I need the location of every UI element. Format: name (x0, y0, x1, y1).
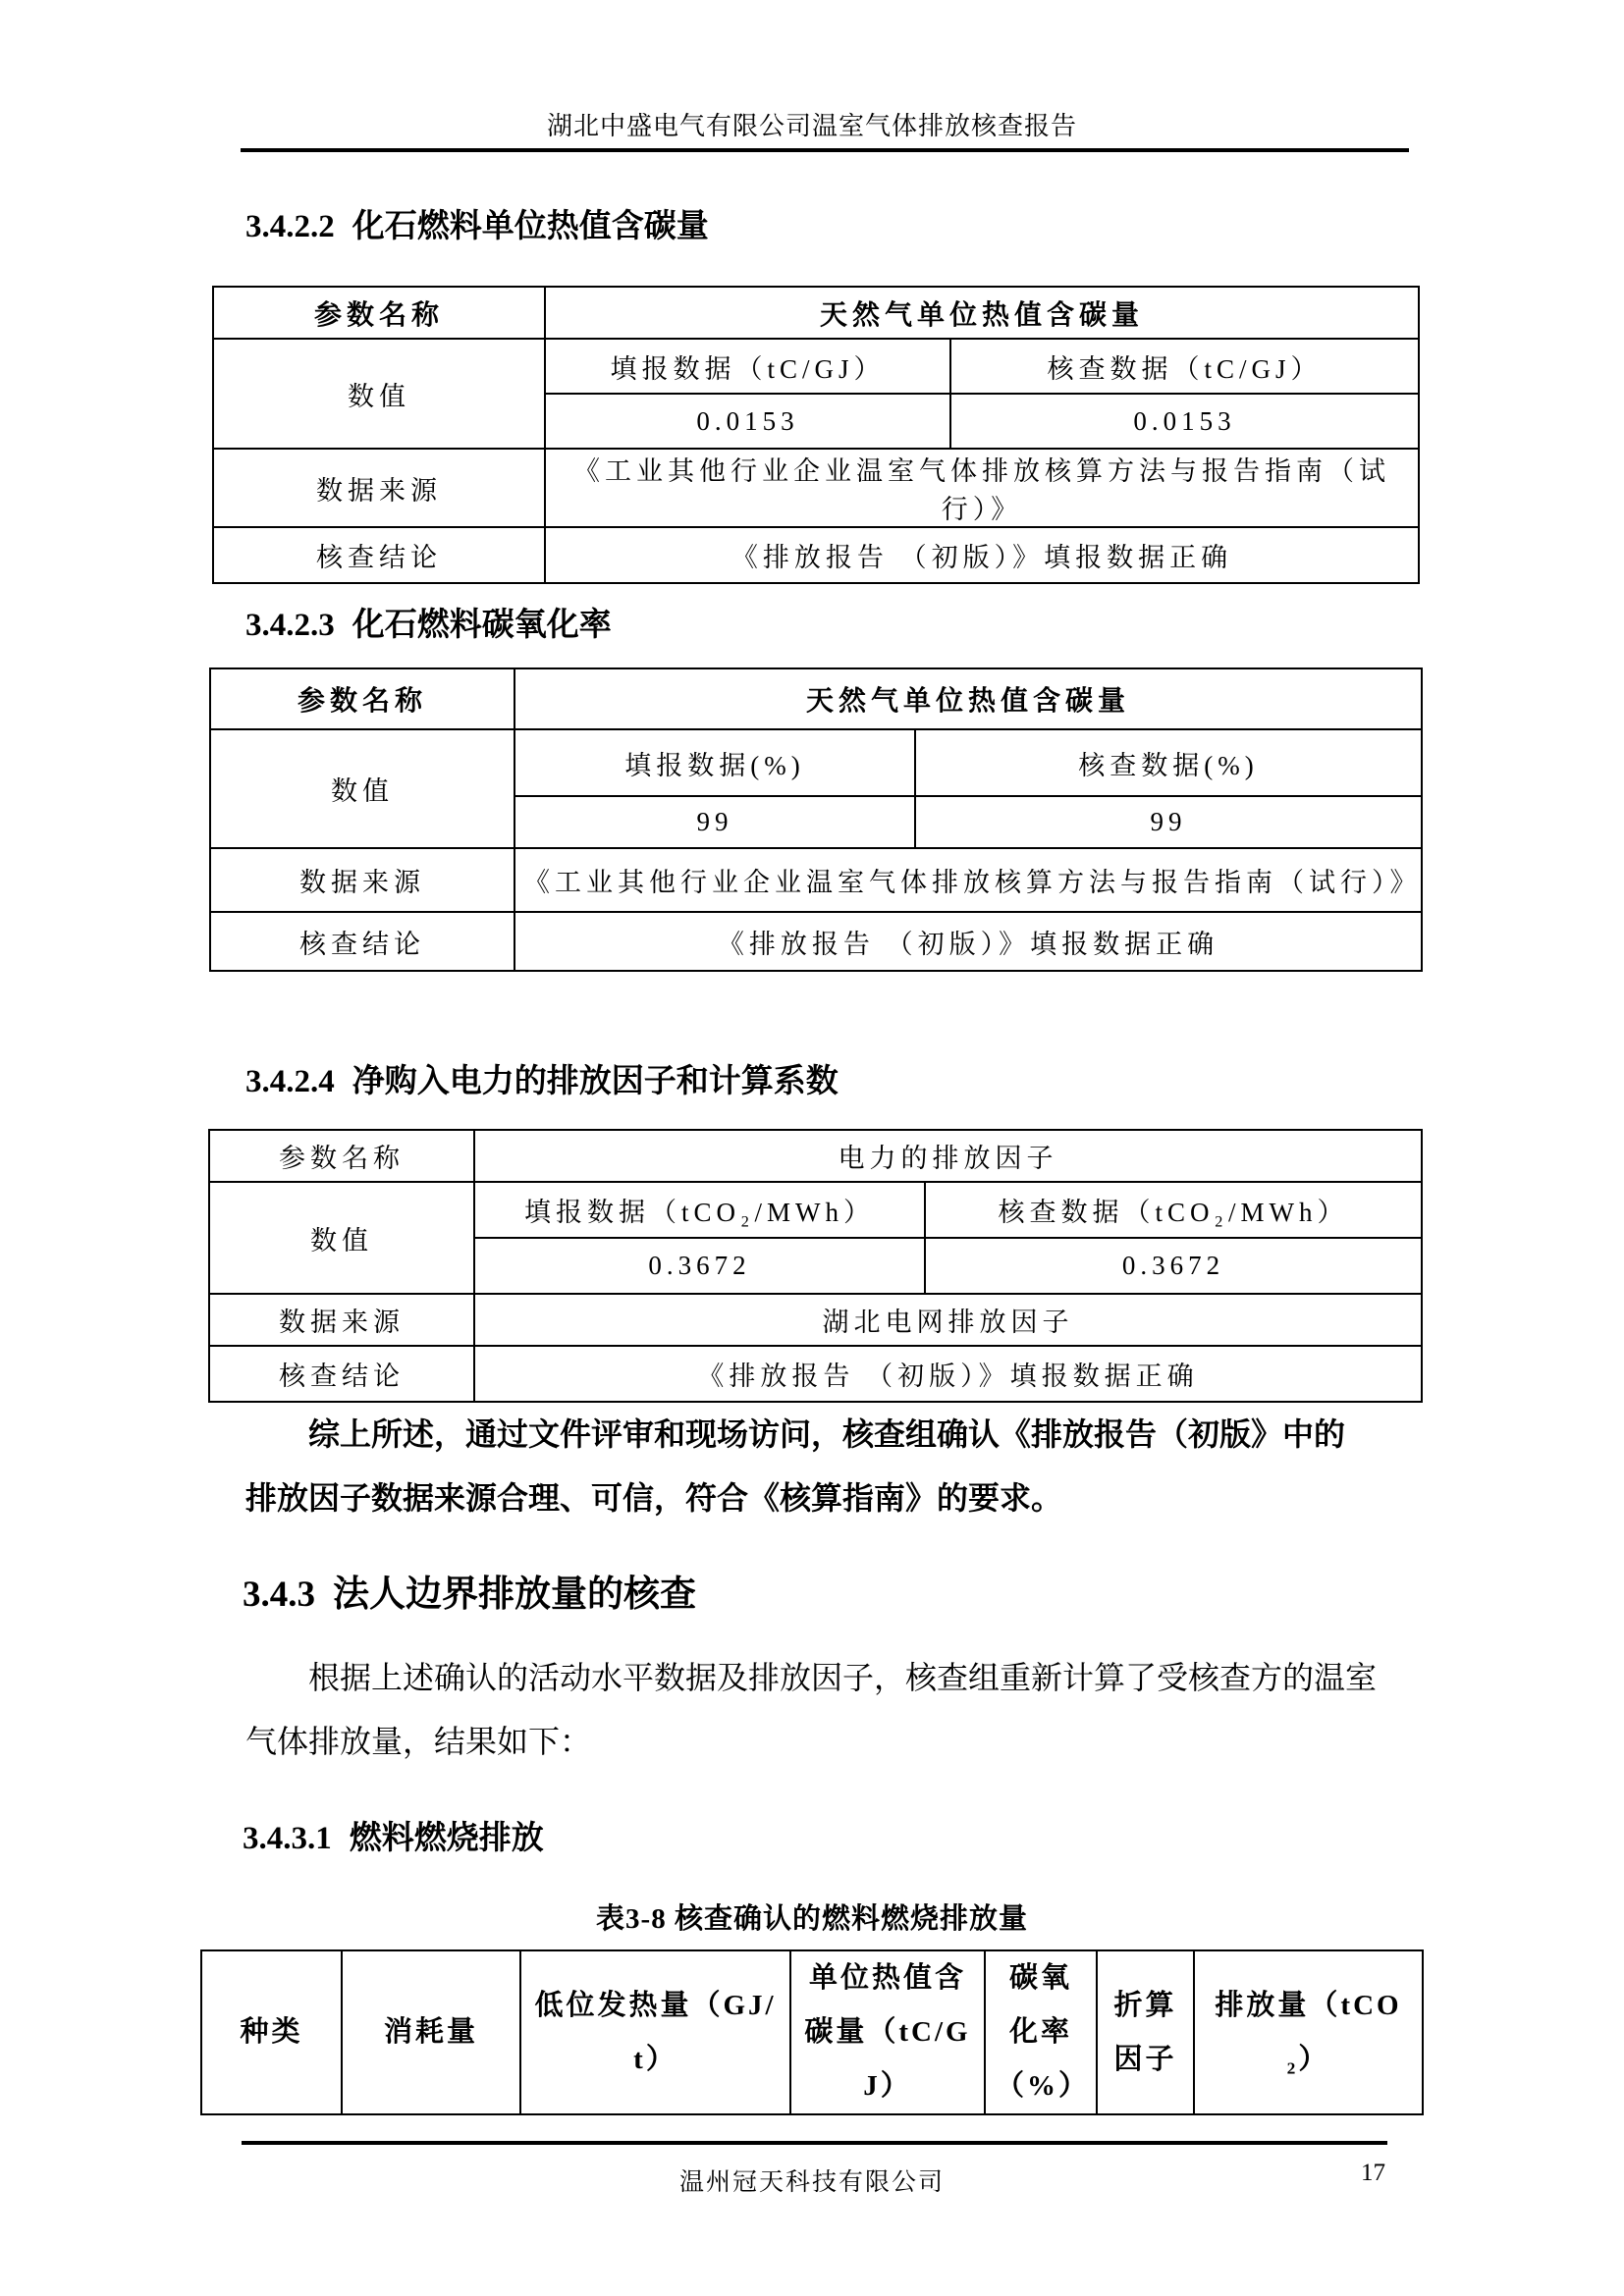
value-label: 数值 (209, 1182, 474, 1294)
document-page: 湖北中盛电气有限公司温室气体排放核查报告 3.4.2.2化石燃料单位热值含碳量 … (0, 0, 1624, 2296)
verified-value: 0.3672 (925, 1238, 1422, 1294)
verified-data-header: 核查数据（tC/GJ） (950, 339, 1419, 394)
verified-data-header: 核查数据（tCO₂/MWh） (925, 1182, 1422, 1238)
section-title: 化石燃料单位热值含碳量 (352, 209, 709, 244)
reported-value: 99 (514, 796, 915, 848)
table-3-8-caption: 表3-8 核查确认的燃料燃烧排放量 (0, 1896, 1624, 1937)
value-label: 数值 (210, 729, 514, 848)
paragraph-line: 气体排放量，结果如下： (245, 1710, 1384, 1774)
section-number: 3.4.3 (243, 1575, 315, 1615)
section-title: 法人边界排放量的核查 (333, 1575, 696, 1615)
section-title: 燃料燃烧排放 (350, 1821, 544, 1856)
col-header-carbon-per-heat: 单位热值含碳量（tC/GJ） (790, 1950, 985, 2114)
header-rule (241, 148, 1409, 152)
section-heading-3-4-2-3: 3.4.2.3化石燃料碳氧化率 (245, 599, 612, 645)
paragraph-line: 排放因子数据来源合理、可信，符合《核算指南》的要求。 (245, 1467, 1384, 1530)
section-heading-3-4-2-4: 3.4.2.4净购入电力的排放因子和计算系数 (245, 1055, 839, 1101)
col-header-ncv: 低位发热量（GJ/t） (520, 1950, 790, 2114)
value-label: 数值 (213, 339, 545, 449)
oxidation-rate-table: 参数名称 天然气单位热值含碳量 数值 填报数据(%) 核查数据(%) 99 99… (209, 667, 1421, 972)
reported-data-header: 填报数据(%) (514, 729, 915, 796)
section-title: 化石燃料碳氧化率 (352, 608, 612, 643)
footer-rule (242, 2141, 1387, 2145)
reported-value: 0.3672 (474, 1238, 925, 1294)
conclusion-label: 核查结论 (213, 527, 545, 583)
footer-page-number: 17 (1361, 2160, 1385, 2187)
param-name-value: 天然气单位热值含碳量 (545, 287, 1419, 339)
data-source-value: 湖北电网排放因子 (474, 1294, 1422, 1346)
section-heading-3-4-3: 3.4.3法人边界排放量的核查 (243, 1564, 696, 1617)
section-heading-3-4-2-2: 3.4.2.2化石燃料单位热值含碳量 (245, 200, 709, 246)
data-source-label: 数据来源 (210, 848, 514, 912)
data-source-value: 《工业其他行业企业温室气体排放核算方法与报告指南（试行）》 (545, 449, 1419, 527)
conclusion-label: 核查结论 (209, 1346, 474, 1402)
conclusion-value: 《排放报告 （初版）》填报数据正确 (514, 912, 1422, 971)
section-number: 3.4.2.4 (245, 1064, 335, 1099)
data-source-label: 数据来源 (209, 1294, 474, 1346)
param-name-label: 参数名称 (210, 668, 514, 729)
fuel-combustion-table: 种类 消耗量 低位发热量（GJ/t） 单位热值含碳量（tC/GJ） 碳氧化率（%… (200, 1949, 1422, 2115)
fuel-unit-carbon-table: 参数名称 天然气单位热值含碳量 数值 填报数据（tC/GJ） 核查数据（tC/G… (212, 286, 1418, 584)
conclusion-label: 核查结论 (210, 912, 514, 971)
verified-data-header: 核查数据(%) (915, 729, 1422, 796)
electricity-factor-table: 参数名称 电力的排放因子 数值 填报数据（tCO₂/MWh） 核查数据（tCO₂… (208, 1129, 1421, 1403)
paragraph-line: 综上所述，通过文件评审和现场访问，核查组确认《排放报告（初版》中的 (245, 1403, 1384, 1467)
page-header-title: 湖北中盛电气有限公司温室气体排放核查报告 (0, 106, 1624, 142)
data-source-value: 《工业其他行业企业温室气体排放核算方法与报告指南（试行）》 (514, 848, 1422, 912)
param-name-value: 天然气单位热值含碳量 (514, 668, 1422, 729)
recalc-paragraph: 根据上述确认的活动水平数据及排放因子，核查组重新计算了受核查方的温室 气体排放量… (245, 1646, 1384, 1774)
param-name-label: 参数名称 (213, 287, 545, 339)
section-title: 净购入电力的排放因子和计算系数 (352, 1064, 839, 1099)
param-name-value: 电力的排放因子 (474, 1130, 1422, 1182)
summary-paragraph: 综上所述，通过文件评审和现场访问，核查组确认《排放报告（初版》中的 排放因子数据… (245, 1403, 1384, 1530)
reported-data-header: 填报数据（tCO₂/MWh） (474, 1182, 925, 1238)
section-number: 3.4.3.1 (243, 1821, 332, 1856)
col-header-type: 种类 (201, 1950, 342, 2114)
verified-value: 0.0153 (950, 394, 1419, 449)
param-name-label: 参数名称 (209, 1130, 474, 1182)
paragraph-line: 根据上述确认的活动水平数据及排放因子，核查组重新计算了受核查方的温室 (245, 1646, 1384, 1710)
section-heading-3-4-3-1: 3.4.3.1燃料燃烧排放 (243, 1812, 544, 1858)
col-header-consumption: 消耗量 (342, 1950, 520, 2114)
conclusion-value: 《排放报告 （初版）》填报数据正确 (474, 1346, 1422, 1402)
col-header-conversion: 折算因子 (1097, 1950, 1194, 2114)
section-number: 3.4.2.2 (245, 209, 335, 244)
data-source-label: 数据来源 (213, 449, 545, 527)
reported-value: 0.0153 (545, 394, 950, 449)
section-number: 3.4.2.3 (245, 608, 335, 643)
col-header-emission: 排放量（tCO₂） (1194, 1950, 1423, 2114)
col-header-oxidation: 碳氧化率（%） (985, 1950, 1097, 2114)
conclusion-value: 《排放报告 （初版）》填报数据正确 (545, 527, 1419, 583)
reported-data-header: 填报数据（tC/GJ） (545, 339, 950, 394)
verified-value: 99 (915, 796, 1422, 848)
